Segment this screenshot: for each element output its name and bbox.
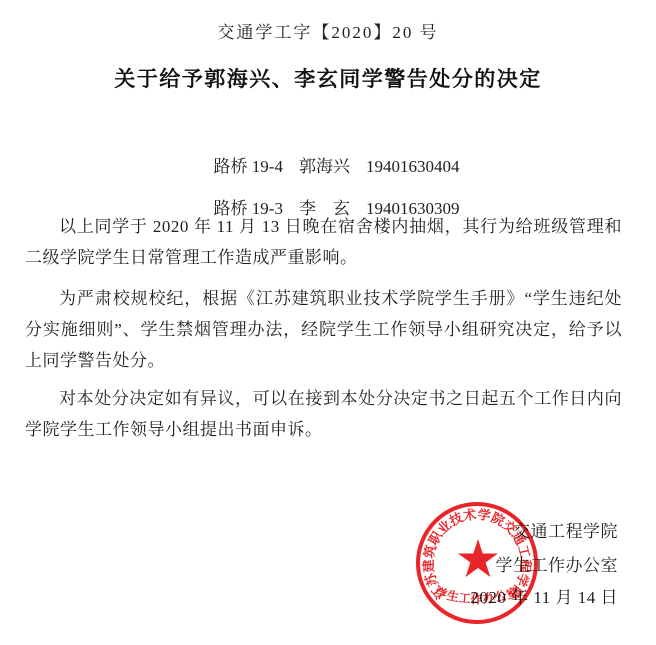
signature-college: 交通工程学院 — [513, 517, 618, 542]
signature-office: 学生工作办公室 — [496, 551, 619, 576]
paragraph-decision: 为严肃校规校纪，根据《江苏建筑职业技术学院学生手册》“学生违纪处分实施细则”、学… — [25, 283, 622, 376]
seal-star-icon — [458, 539, 498, 577]
paragraph-violation: 以上同学于 2020 年 11 月 13 日晚在宿舍楼内抽烟，其行为给班级管理和… — [25, 211, 622, 273]
document-page: 交通学工字【2020】20 号 关于给予郭海兴、李玄同学警告处分的决定 路桥 1… — [0, 0, 656, 645]
signature-date: 2020 年 11 月 14 日 — [470, 583, 618, 608]
paragraph-appeal: 对本处分决定如有异议，可以在接到本处分决定书之日起五个工作日内向学院学生工作领导… — [25, 383, 622, 445]
doc-number: 交通学工字【2020】20 号 — [0, 18, 656, 43]
page-title: 关于给予郭海兴、李玄同学警告处分的决定 — [0, 63, 656, 93]
